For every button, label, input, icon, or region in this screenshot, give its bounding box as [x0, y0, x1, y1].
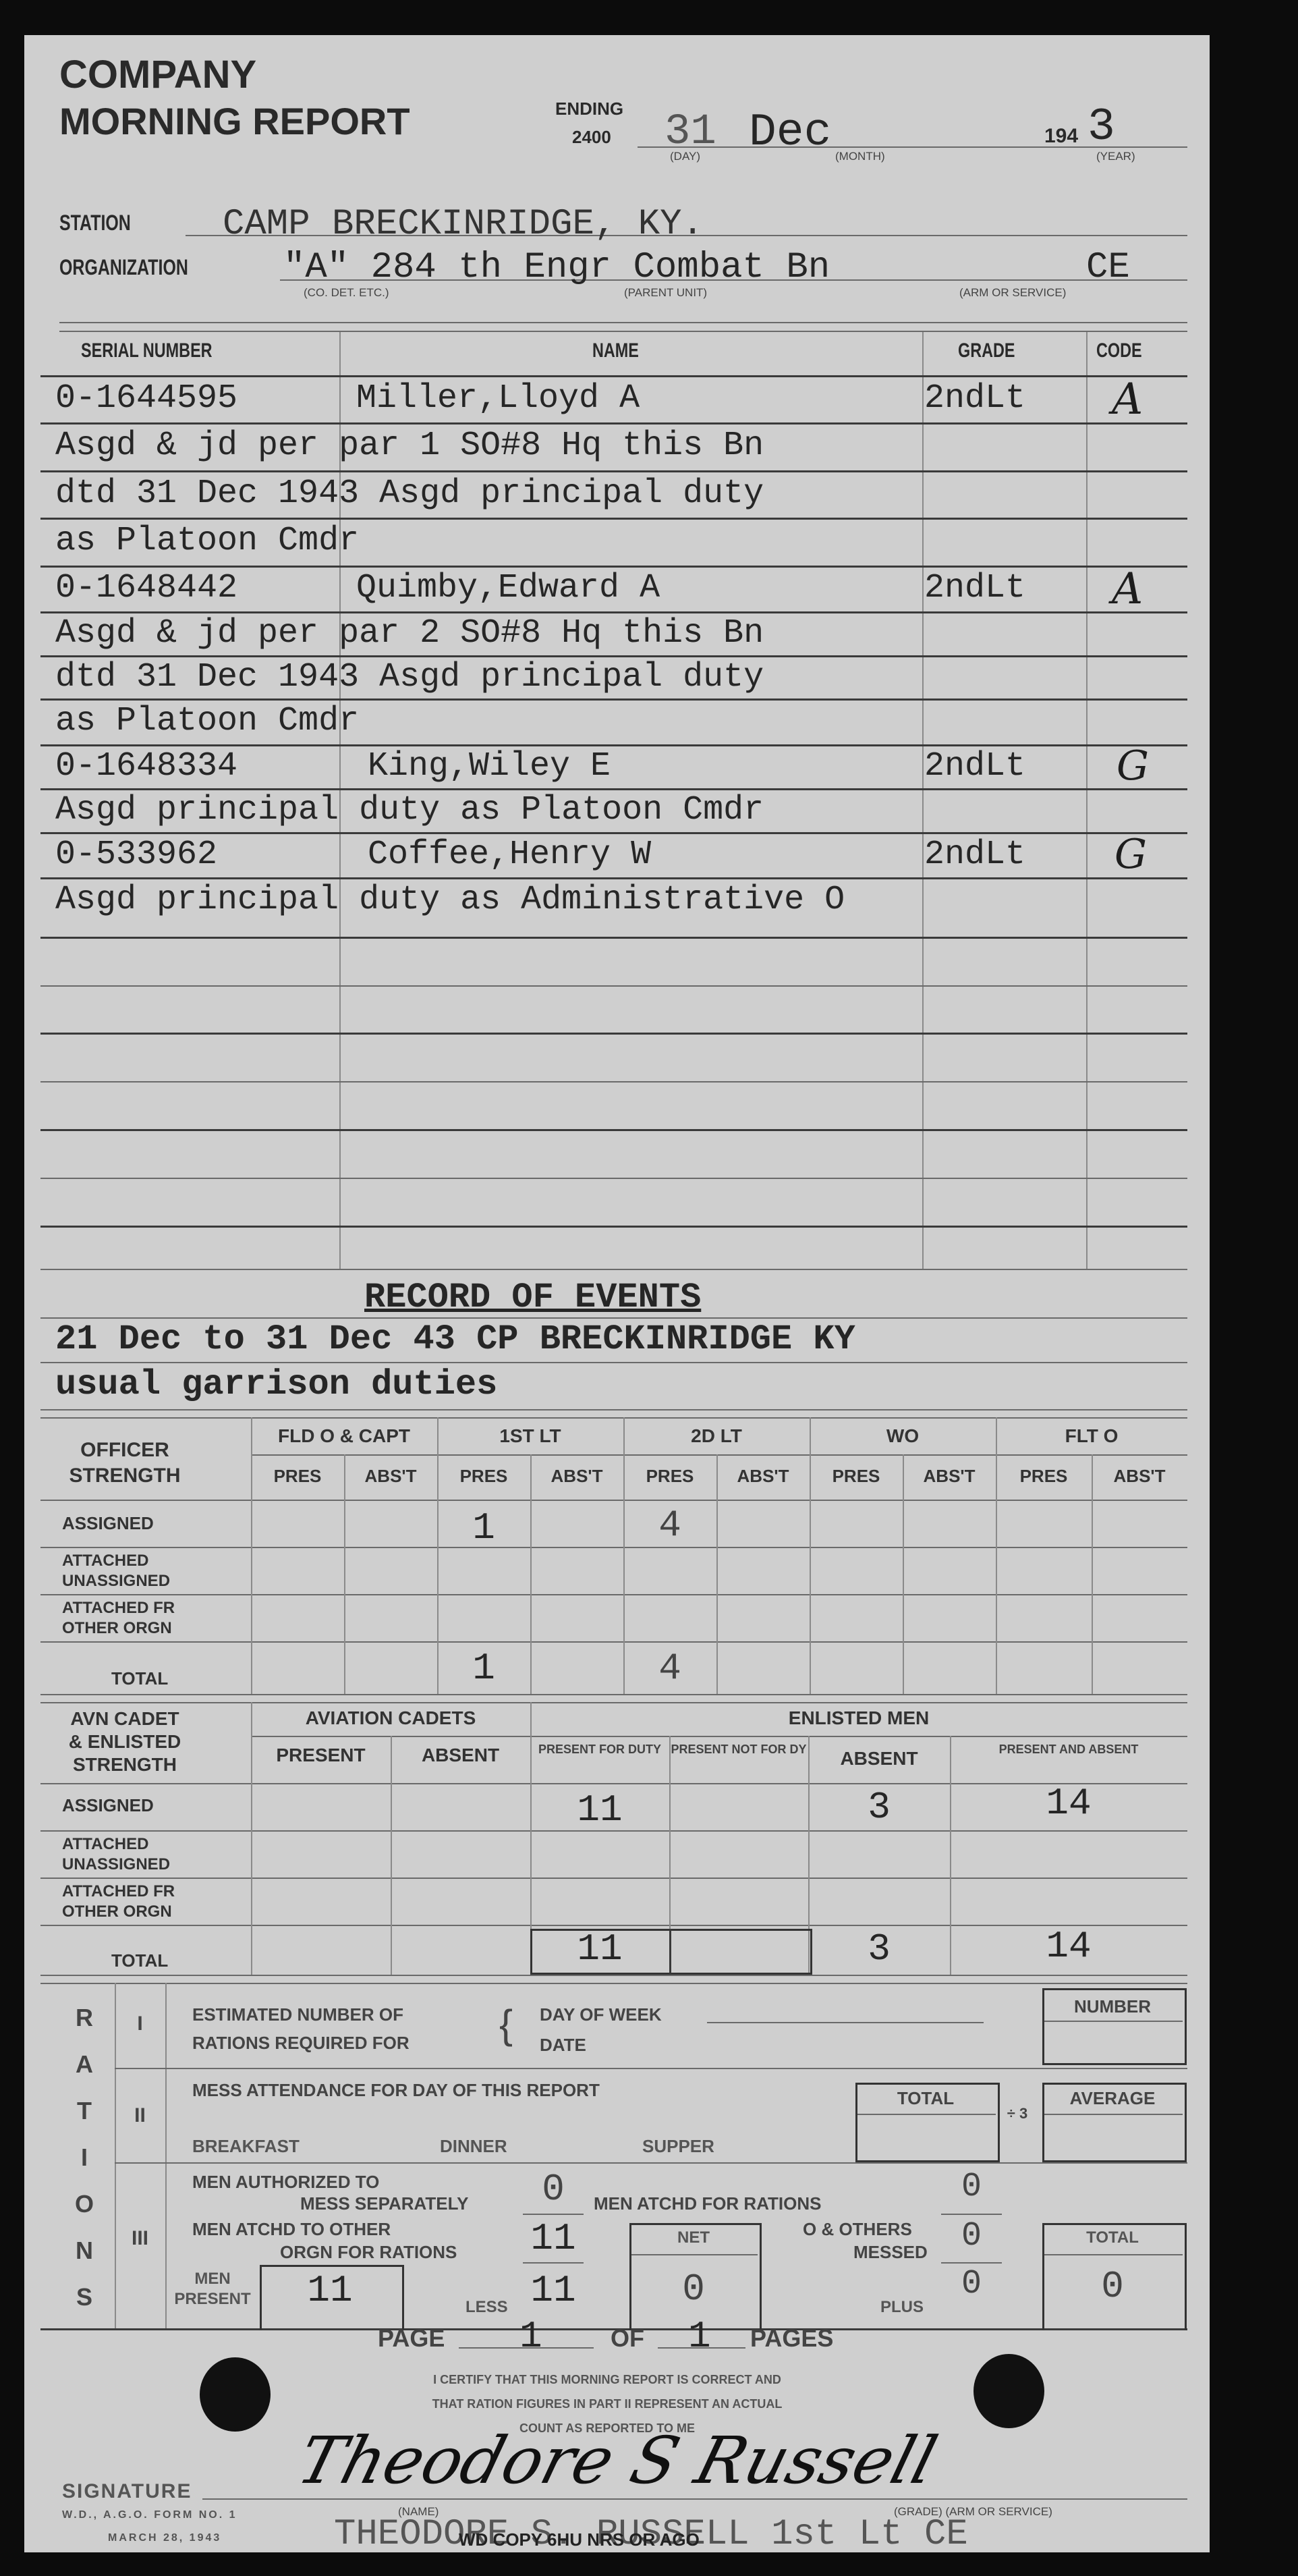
year-suffix: 3 [1088, 101, 1115, 153]
subcol-pres: PRES [437, 1466, 530, 1487]
plus-value: 0 [941, 2265, 1002, 2303]
co-caption: (CO. DET. ETC.) [304, 286, 389, 300]
form-title-line1: COMPANY [59, 55, 256, 94]
em-assigned-present-and-absent: 14 [950, 1782, 1187, 1825]
subcol-cadet-absent: ABSENT [391, 1745, 530, 1766]
mess-average-label: AVERAGE [1042, 2088, 1183, 2109]
group-flt-o: FLT O [996, 1425, 1187, 1447]
em-total-present-for-duty: 11 [530, 1927, 669, 1971]
ending-time: 2400 [572, 127, 611, 148]
remark-line: Asgd principal duty as Administrative O [55, 881, 845, 919]
serial-number: 0-533962 [55, 835, 217, 874]
organization-value: "A" 284 th Engr Combat Bn [283, 247, 830, 288]
subcol-pres: PRES [996, 1466, 1092, 1487]
mess-separately-label: MESS SEPARATELY [300, 2193, 468, 2214]
others-messed-label: MESSED [853, 2242, 928, 2263]
part-i-label: ESTIMATED NUMBER OF [192, 2004, 403, 2025]
group-1st-lt: 1ST LT [437, 1425, 623, 1447]
atchd-other-value: 11 [509, 2217, 597, 2260]
punch-hole-right [973, 2354, 1044, 2428]
month-caption: (MONTH) [835, 150, 885, 163]
form-title-line2: MORNING REPORT [59, 103, 410, 140]
col-name: NAME [592, 339, 652, 362]
parent-caption: (PARENT UNIT) [624, 286, 707, 300]
handwritten-signature: Theodore S Russell [290, 2423, 944, 2498]
subcol-present-not-for-dy: PRESENT NOT FOR DY [669, 1740, 808, 1759]
group-2d-lt: 2D LT [623, 1425, 810, 1447]
brace-icon: { [499, 2001, 513, 2048]
organization-service: CE [1086, 247, 1130, 288]
officer-total-2d-lt-pres: 4 [623, 1647, 716, 1690]
em-assigned-absent: 3 [808, 1786, 950, 1829]
em-total-present-and-absent: 14 [950, 1925, 1187, 1968]
officer-code: A [1112, 375, 1143, 424]
group-wo: WO [810, 1425, 996, 1447]
divide-by-three: ÷ 3 [1004, 2099, 1031, 2129]
officer-code: G [1117, 742, 1149, 790]
part-i-label: RATIONS REQUIRED FOR [192, 2033, 410, 2054]
group-fld-capt: FLD O & CAPT [251, 1425, 437, 1447]
number-box-label: NUMBER [1042, 1996, 1183, 2017]
others-messed-value: 0 [941, 2217, 1002, 2255]
less-label: LESS [465, 2298, 508, 2317]
officer-total-1st-lt-pres: 1 [437, 1647, 530, 1690]
row-assigned-label: ASSIGNED [62, 1513, 154, 1534]
group-aviation-cadets: AVIATION CADETS [251, 1707, 530, 1729]
officer-assigned-1st-lt-pres: 1 [437, 1506, 530, 1550]
row-total-label: TOTAL [111, 1950, 168, 1971]
signature-label: SIGNATURE [62, 2480, 192, 2503]
of-label: OF [611, 2324, 644, 2353]
men-present-label: MENPRESENT [169, 2269, 256, 2309]
officer-code: G [1114, 831, 1147, 878]
men-present-value: 11 [260, 2269, 400, 2312]
col-grade: GRADE [958, 339, 1031, 362]
arm-caption: (ARM OR SERVICE) [959, 286, 1066, 300]
em-assigned-present-for-duty: 11 [530, 1788, 669, 1832]
officer-strength-label: OFFICERSTRENGTH [47, 1437, 202, 1489]
officer-grade: 2ndLt [924, 569, 1025, 607]
officer-grade: 2ndLt [924, 379, 1025, 418]
officer-code: A [1112, 564, 1143, 614]
day-caption: (DAY) [670, 150, 700, 163]
row-assigned-label: ASSIGNED [62, 1795, 154, 1816]
page-label: PAGE [378, 2324, 445, 2353]
remark-line: Asgd & jd per par 1 SO#8 Hq this Bn [55, 427, 764, 465]
record-of-events-title: RECORD OF EVENTS [364, 1278, 701, 1317]
mess-separately-value: 0 [523, 2168, 584, 2211]
remark-line: as Platoon Cmdr [55, 702, 359, 740]
page-number: 1 [519, 2315, 542, 2358]
row-attached-fr-label: ATTACHED FR OTHER ORGN [62, 1882, 197, 1922]
subcol-pres: PRES [810, 1466, 903, 1487]
part-iii-number: III [115, 2227, 165, 2250]
serial-number: 0-1648334 [55, 747, 237, 786]
group-enlisted-men: ENLISTED MEN [530, 1707, 1187, 1729]
rations-side-label: RATIONS [64, 1994, 105, 2320]
atchd-for-rations-value: 0 [941, 2168, 1002, 2206]
event-line: 21 Dec to 31 Dec 43 CP BRECKINRIDGE KY [55, 1319, 855, 1359]
year-prefix: 194 [1044, 125, 1078, 148]
officer-assigned-2d-lt-pres: 4 [623, 1504, 716, 1547]
breakfast-label: BREAKFAST [192, 2136, 300, 2157]
officer-name: Quimby,Edward A [356, 569, 660, 607]
atchd-other-label: ORGN FOR RATIONS [280, 2242, 457, 2263]
officer-name: Coffee,Henry W [368, 835, 651, 874]
plus-label: PLUS [880, 2298, 924, 2317]
officer-name: King,Wiley E [368, 747, 611, 786]
ration-total-label: TOTAL [1042, 2228, 1183, 2247]
em-total-absent: 3 [808, 1927, 950, 1971]
subcol-em-absent: ABSENT [808, 1748, 950, 1770]
subcol-cadet-present: PRESENT [251, 1745, 391, 1766]
part-i-number: I [115, 2012, 165, 2035]
day-of-week-label: DAY OF WEEK [540, 2004, 662, 2025]
event-line: usual garrison duties [55, 1365, 497, 1404]
row-total-label: TOTAL [111, 1668, 168, 1689]
form-date: MARCH 28, 1943 [108, 2532, 221, 2544]
atchd-for-rations-label: MEN ATCHD FOR RATIONS [594, 2193, 822, 2214]
net-value: 0 [629, 2268, 758, 2311]
mess-separately-label: MEN AUTHORIZED TO [192, 2172, 379, 2193]
year-caption: (YEAR) [1096, 150, 1135, 163]
subcol-abst: ABS'T [903, 1466, 996, 1487]
col-serial-number: SERIAL NUMBER [81, 339, 249, 362]
serial-number: 0-1648442 [55, 569, 237, 607]
remark-line: dtd 31 Dec 1943 Asgd principal duty [55, 658, 764, 696]
copy-stamp: WD COPY 6HU NRS OR AGO [459, 2529, 700, 2550]
subcol-present-for-duty: PRESENT FOR DUTY [530, 1740, 669, 1759]
punch-hole-left [200, 2357, 271, 2432]
remark-line: dtd 31 Dec 1943 Asgd principal duty [55, 474, 764, 513]
report-month: Dec [749, 107, 831, 159]
officer-name: Miller,Lloyd A [356, 379, 640, 418]
less-value: 11 [509, 2269, 597, 2312]
ending-label: ENDING [555, 99, 623, 119]
part-ii-number: II [115, 2104, 165, 2127]
date-label: DATE [540, 2035, 586, 2056]
atchd-other-label: MEN ATCHD TO OTHER [192, 2219, 391, 2240]
remark-line: Asgd & jd per par 2 SO#8 Hq this Bn [55, 614, 764, 653]
form-number: W.D., A.G.O. FORM NO. 1 [62, 2509, 237, 2521]
col-code: CODE [1096, 339, 1155, 362]
subcol-abst: ABS'T [1092, 1466, 1187, 1487]
net-label: NET [629, 2228, 758, 2247]
subcol-abst: ABS'T [716, 1466, 810, 1487]
officer-grade: 2ndLt [924, 835, 1025, 874]
page-total: 1 [688, 2315, 711, 2358]
subcol-abst: ABS'T [344, 1466, 437, 1487]
serial-number: 0-1644595 [55, 379, 237, 418]
station-value: CAMP BRECKINRIDGE, KY. [223, 204, 704, 245]
row-attached-fr-label: ATTACHED FR OTHER ORGN [62, 1598, 197, 1639]
officer-grade: 2ndLt [924, 747, 1025, 786]
remark-line: as Platoon Cmdr [55, 522, 359, 560]
station-label: STATION [59, 211, 151, 236]
pages-label: PAGES [750, 2324, 833, 2353]
row-attached-unassigned-label: ATTACHED UNASSIGNED [62, 1551, 197, 1591]
subcol-present-and-absent: PRESENT AND ABSENT [950, 1740, 1187, 1759]
subcol-abst: ABS'T [530, 1466, 623, 1487]
subcol-pres: PRES [623, 1466, 716, 1487]
enlisted-strength-label: AVN CADET& ENLISTEDSTRENGTH [47, 1707, 202, 1776]
row-attached-unassigned-label: ATTACHED UNASSIGNED [62, 1834, 197, 1875]
dinner-label: DINNER [440, 2136, 507, 2157]
remark-line: Asgd principal duty as Platoon Cmdr [55, 791, 764, 829]
supper-label: SUPPER [642, 2136, 714, 2157]
others-messed-label: O & OTHERS [803, 2219, 912, 2240]
subcol-pres: PRES [251, 1466, 344, 1487]
ration-total-value: 0 [1042, 2265, 1183, 2308]
mess-total-label: TOTAL [855, 2088, 996, 2109]
organization-label: ORGANIZATION [59, 255, 225, 280]
mess-attendance-label: MESS ATTENDANCE FOR DAY OF THIS REPORT [192, 2080, 600, 2101]
